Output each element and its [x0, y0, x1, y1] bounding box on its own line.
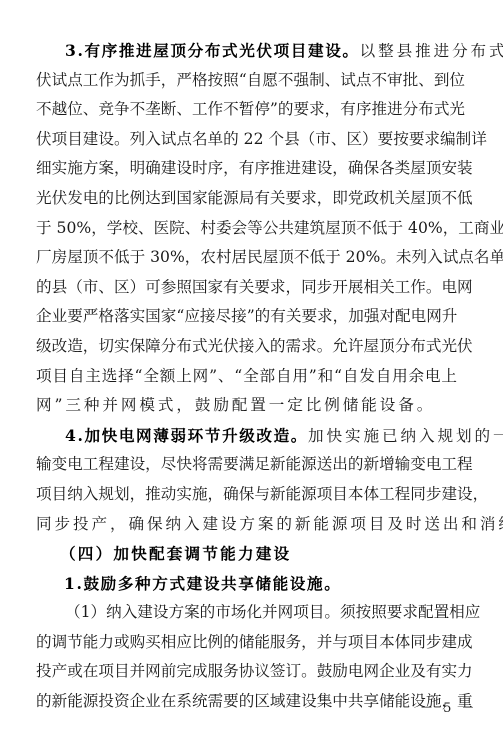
item3-line-1: 伏试点工作为抓手，严格按照“自愿不强制、试点不审批、到位: [36, 66, 457, 96]
item4-first-line: 4.加快电网薄弱环节升级改造。加快实施已纳入规划的一批: [36, 421, 457, 451]
item3-first-line: 3.有序推进屋顶分布式光伏项目建设。以整县推进分布式光: [36, 36, 457, 66]
item4-line-3: 同步投产，确保纳入建设方案的新能源项目及时送出和消纳。: [36, 510, 457, 540]
item4-heading: 4.加快电网薄弱环节升级改造。: [65, 426, 308, 445]
item3-line-9: 企业要严格落实国家“应接尽接”的有关要求，加强对配电网升: [36, 302, 457, 332]
para1-line-1: 的调节能力或购买相应比例的储能服务，并与项目本体同步建成: [36, 628, 457, 658]
item3-line-12: 网”三种并网模式，鼓励配置一定比例储能设备。: [36, 391, 457, 421]
item3-line-8: 的县（市、区）可参照国家有关要求，同步开展相关工作。电网: [36, 273, 457, 303]
item4-line-2: 项目纳入规划，推动实施，确保与新能源项目本体工程同步建设，: [36, 480, 457, 510]
item4-line-0: 加快实施已纳入规划的一批: [308, 427, 503, 445]
item3-line-5: 光伏发电的比例达到国家能源局有关要求，即党政机关屋顶不低: [36, 184, 457, 214]
para1-line-2: 投产或在项目并网前完成服务协议签订。鼓励电网企业及有实力: [36, 657, 457, 687]
item3-line-11: 项目自主选择“全额上网”、“全部自用”和“自发自用余电上: [36, 362, 457, 392]
item3-heading: 3.有序推进屋顶分布式光伏项目建设。: [65, 41, 360, 60]
item3-line-6: 于 50%，学校、医院、村委会等公共建筑屋顶不低于 40%，工商业: [36, 214, 457, 244]
section4-heading: （四）加快配套调节能力建设: [36, 539, 457, 569]
item1-heading: 1.鼓励多种方式建设共享储能设施。: [36, 569, 457, 599]
item4-line-1: 输变电工程建设，尽快将需要满足新能源送出的新增输变电工程: [36, 450, 457, 480]
item3-line-4: 细实施方案，明确建设时序，有序推进建设，确保各类屋顶安装: [36, 154, 457, 184]
item3-line-0: 以整县推进分布式光: [360, 42, 503, 60]
document-page: 3.有序推进屋顶分布式光伏项目建设。以整县推进分布式光 伏试点工作为抓手，严格按…: [36, 36, 457, 717]
item3-line-2: 不越位、竞争不垄断、工作不暂停”的要求，有序推进分布式光: [36, 95, 457, 125]
item3-line-7: 厂房屋顶不低于 30%，农村居民屋顶不低于 20%。未列入试点名单: [36, 243, 457, 273]
page-number: － 5 －: [420, 697, 478, 716]
para1-line-0: （1）纳入建设方案的市场化并网项目。须按照要求配置相应: [36, 598, 457, 628]
item3-line-10: 级改造，切实保障分布式光伏接入的需求。允许屋顶分布式光伏: [36, 332, 457, 362]
para1-line-3: 的新能源投资企业在系统需要的区域建设集中共享储能设施，重: [36, 687, 457, 717]
item3-line-3: 伏项目建设。列入试点名单的 22 个县（市、区）要按要求编制详: [36, 125, 457, 155]
